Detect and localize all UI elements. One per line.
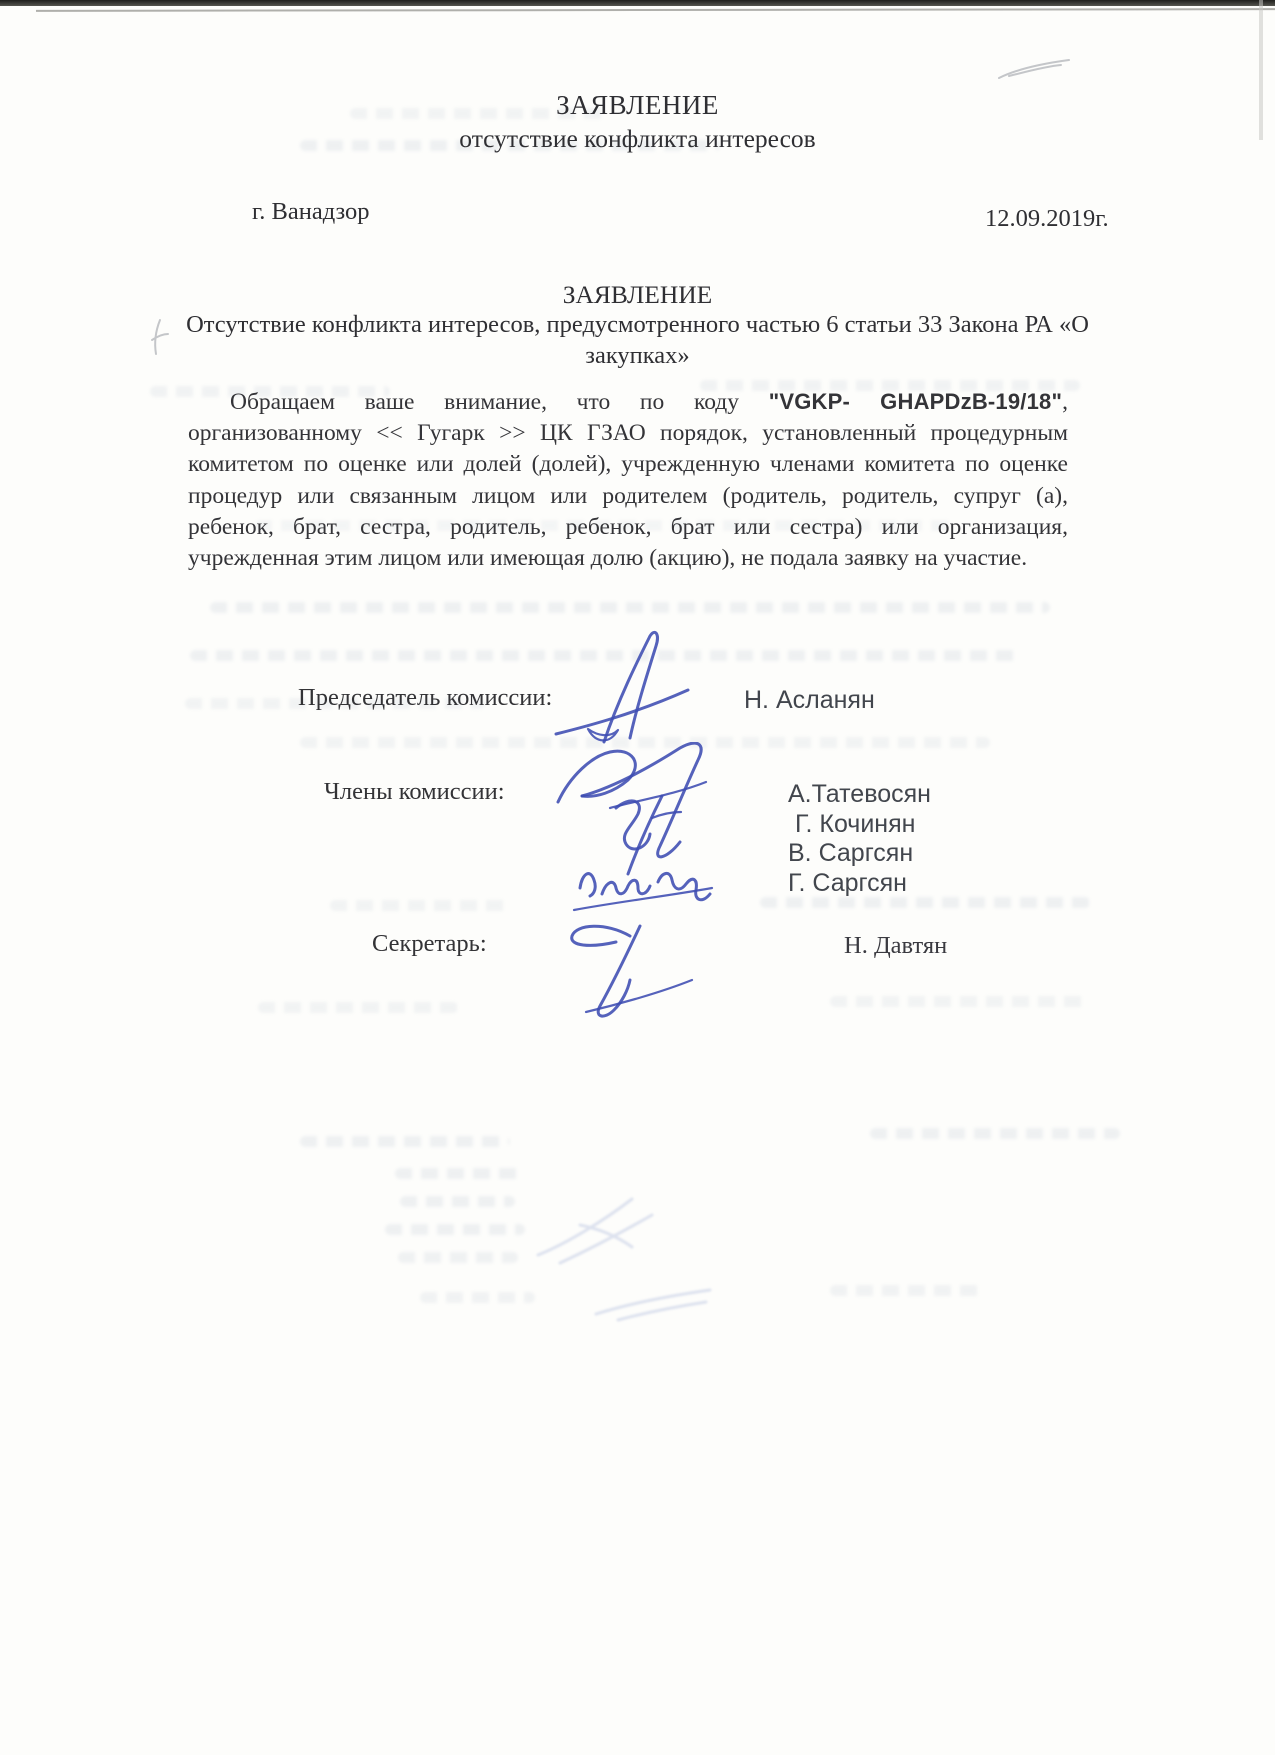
date-label: 12.09.2019г. xyxy=(985,205,1109,233)
chairman-signature xyxy=(538,630,708,750)
pencil-margin-mark xyxy=(146,318,172,358)
statement-heading: ЗАЯВЛЕНИЕ xyxy=(0,280,1275,310)
statement-subheading: Отсутствие конфликта интересов, предусмо… xyxy=(170,310,1105,371)
secretary-label: Секретарь: xyxy=(372,930,487,958)
chairman-name: Н. Асланян xyxy=(744,686,875,715)
bleed-through-text xyxy=(830,1285,980,1296)
bleed-through-text xyxy=(395,1168,525,1179)
bleed-through-text xyxy=(830,996,1090,1007)
bleed-through-text xyxy=(210,602,1050,613)
bleed-through-signature xyxy=(588,1278,718,1328)
body-intro: Обращаем ваше внимание, что по коду xyxy=(230,389,769,415)
member-names-list: А.Татевосян Г. Кочинян В. Саргсян Г. Сар… xyxy=(788,780,931,898)
body-paragraph: Обращаем ваше внимание, что по коду "VGK… xyxy=(188,386,1068,574)
scanned-document-page: ЗАЯВЛЕНИЕ отсутствие конфликта интересов… xyxy=(0,0,1275,1755)
secretary-name: Н. Давтян xyxy=(844,932,947,960)
bleed-through-text xyxy=(330,900,510,911)
document-title: ЗАЯВЛЕНИЕ xyxy=(0,90,1275,121)
secretary-signature xyxy=(542,918,707,1020)
bleed-through-text xyxy=(760,897,1090,908)
scan-top-edge xyxy=(0,0,1275,6)
document-subtitle: отсутствие конфликта интересов xyxy=(0,124,1275,154)
bleed-through-signature xyxy=(520,1185,670,1280)
bleed-through-text xyxy=(870,1128,1120,1139)
member-name: Г. Кочинян xyxy=(788,810,931,840)
bleed-through-text xyxy=(398,1252,518,1263)
bleed-through-text xyxy=(300,1136,510,1147)
members-label: Члены комиссии: xyxy=(324,778,505,806)
bleed-through-text xyxy=(258,1002,458,1013)
chairman-label: Председатель комиссии: xyxy=(298,684,552,712)
bleed-through-text xyxy=(400,1196,515,1207)
member-name: А.Татевосян xyxy=(788,780,931,810)
procurement-code: "VGKP- GHAPDzB-19/18" xyxy=(769,389,1062,414)
member-name: В. Саргсян xyxy=(788,839,931,869)
place-label: г. Ванадзор xyxy=(252,198,370,226)
paper-top-edge xyxy=(36,8,1275,12)
member-signature-3 xyxy=(572,848,717,918)
pencil-smudge-mark xyxy=(995,52,1075,86)
member-name: Г. Саргсян xyxy=(788,869,931,899)
bleed-through-text xyxy=(385,1224,525,1235)
bleed-through-text xyxy=(420,1292,535,1303)
body-rest: , организованному << Гугарк >> ЦК ГЗАО п… xyxy=(188,389,1068,571)
